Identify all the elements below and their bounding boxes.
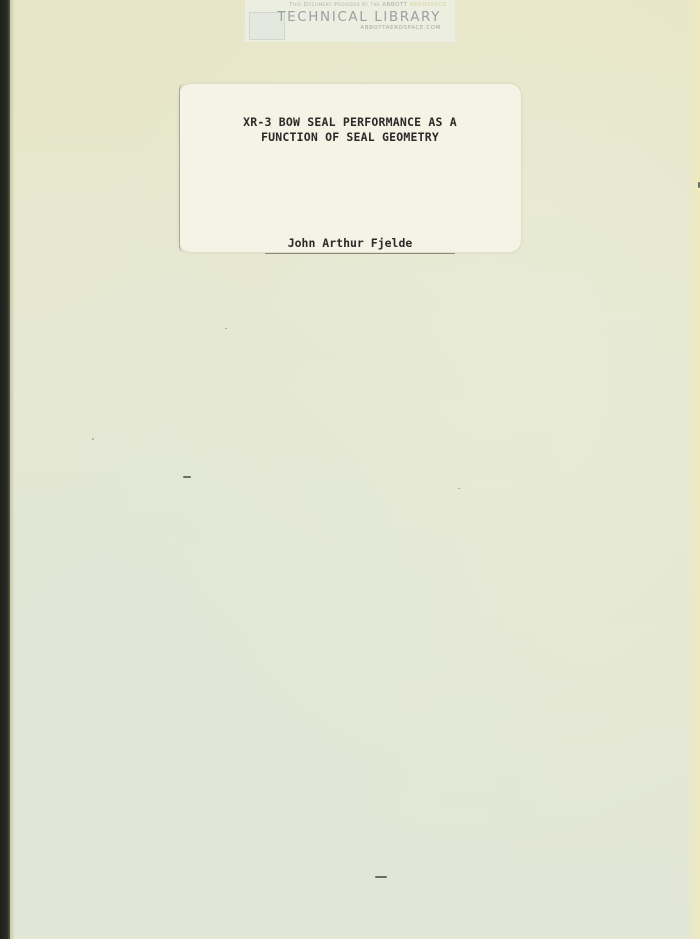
watermark-brand: ABBOTT	[382, 2, 407, 8]
label-left-border	[179, 84, 184, 252]
document-title: XR-3 BOW SEAL PERFORMANCE AS A FUNCTION …	[0, 115, 700, 145]
title-line-2: FUNCTION OF SEAL GEOMETRY	[0, 130, 700, 145]
paper-speck	[92, 438, 94, 440]
watermark-banner: This Document Provided by the ABBOTT AER…	[245, 0, 455, 42]
title-line-1: XR-3 BOW SEAL PERFORMANCE AS A	[0, 115, 700, 130]
watermark-brand2: AEROSPACE	[410, 2, 447, 8]
paper-speck	[183, 476, 191, 478]
paper-speck	[458, 488, 460, 489]
watermark-prefix: This Document Provided by the	[289, 2, 380, 8]
paper-speck	[375, 876, 387, 878]
watermark-title: TECHNICAL LIBRARY	[277, 9, 441, 25]
watermark-line1: This Document Provided by the ABBOTT AER…	[289, 2, 447, 8]
author-name: John Arthur Fjelde	[0, 236, 700, 250]
cover-label	[179, 84, 521, 252]
author-underline	[265, 253, 455, 254]
paper-speck	[225, 328, 227, 329]
watermark-url: ABBOTTAEROSPACE.COM	[360, 25, 441, 31]
